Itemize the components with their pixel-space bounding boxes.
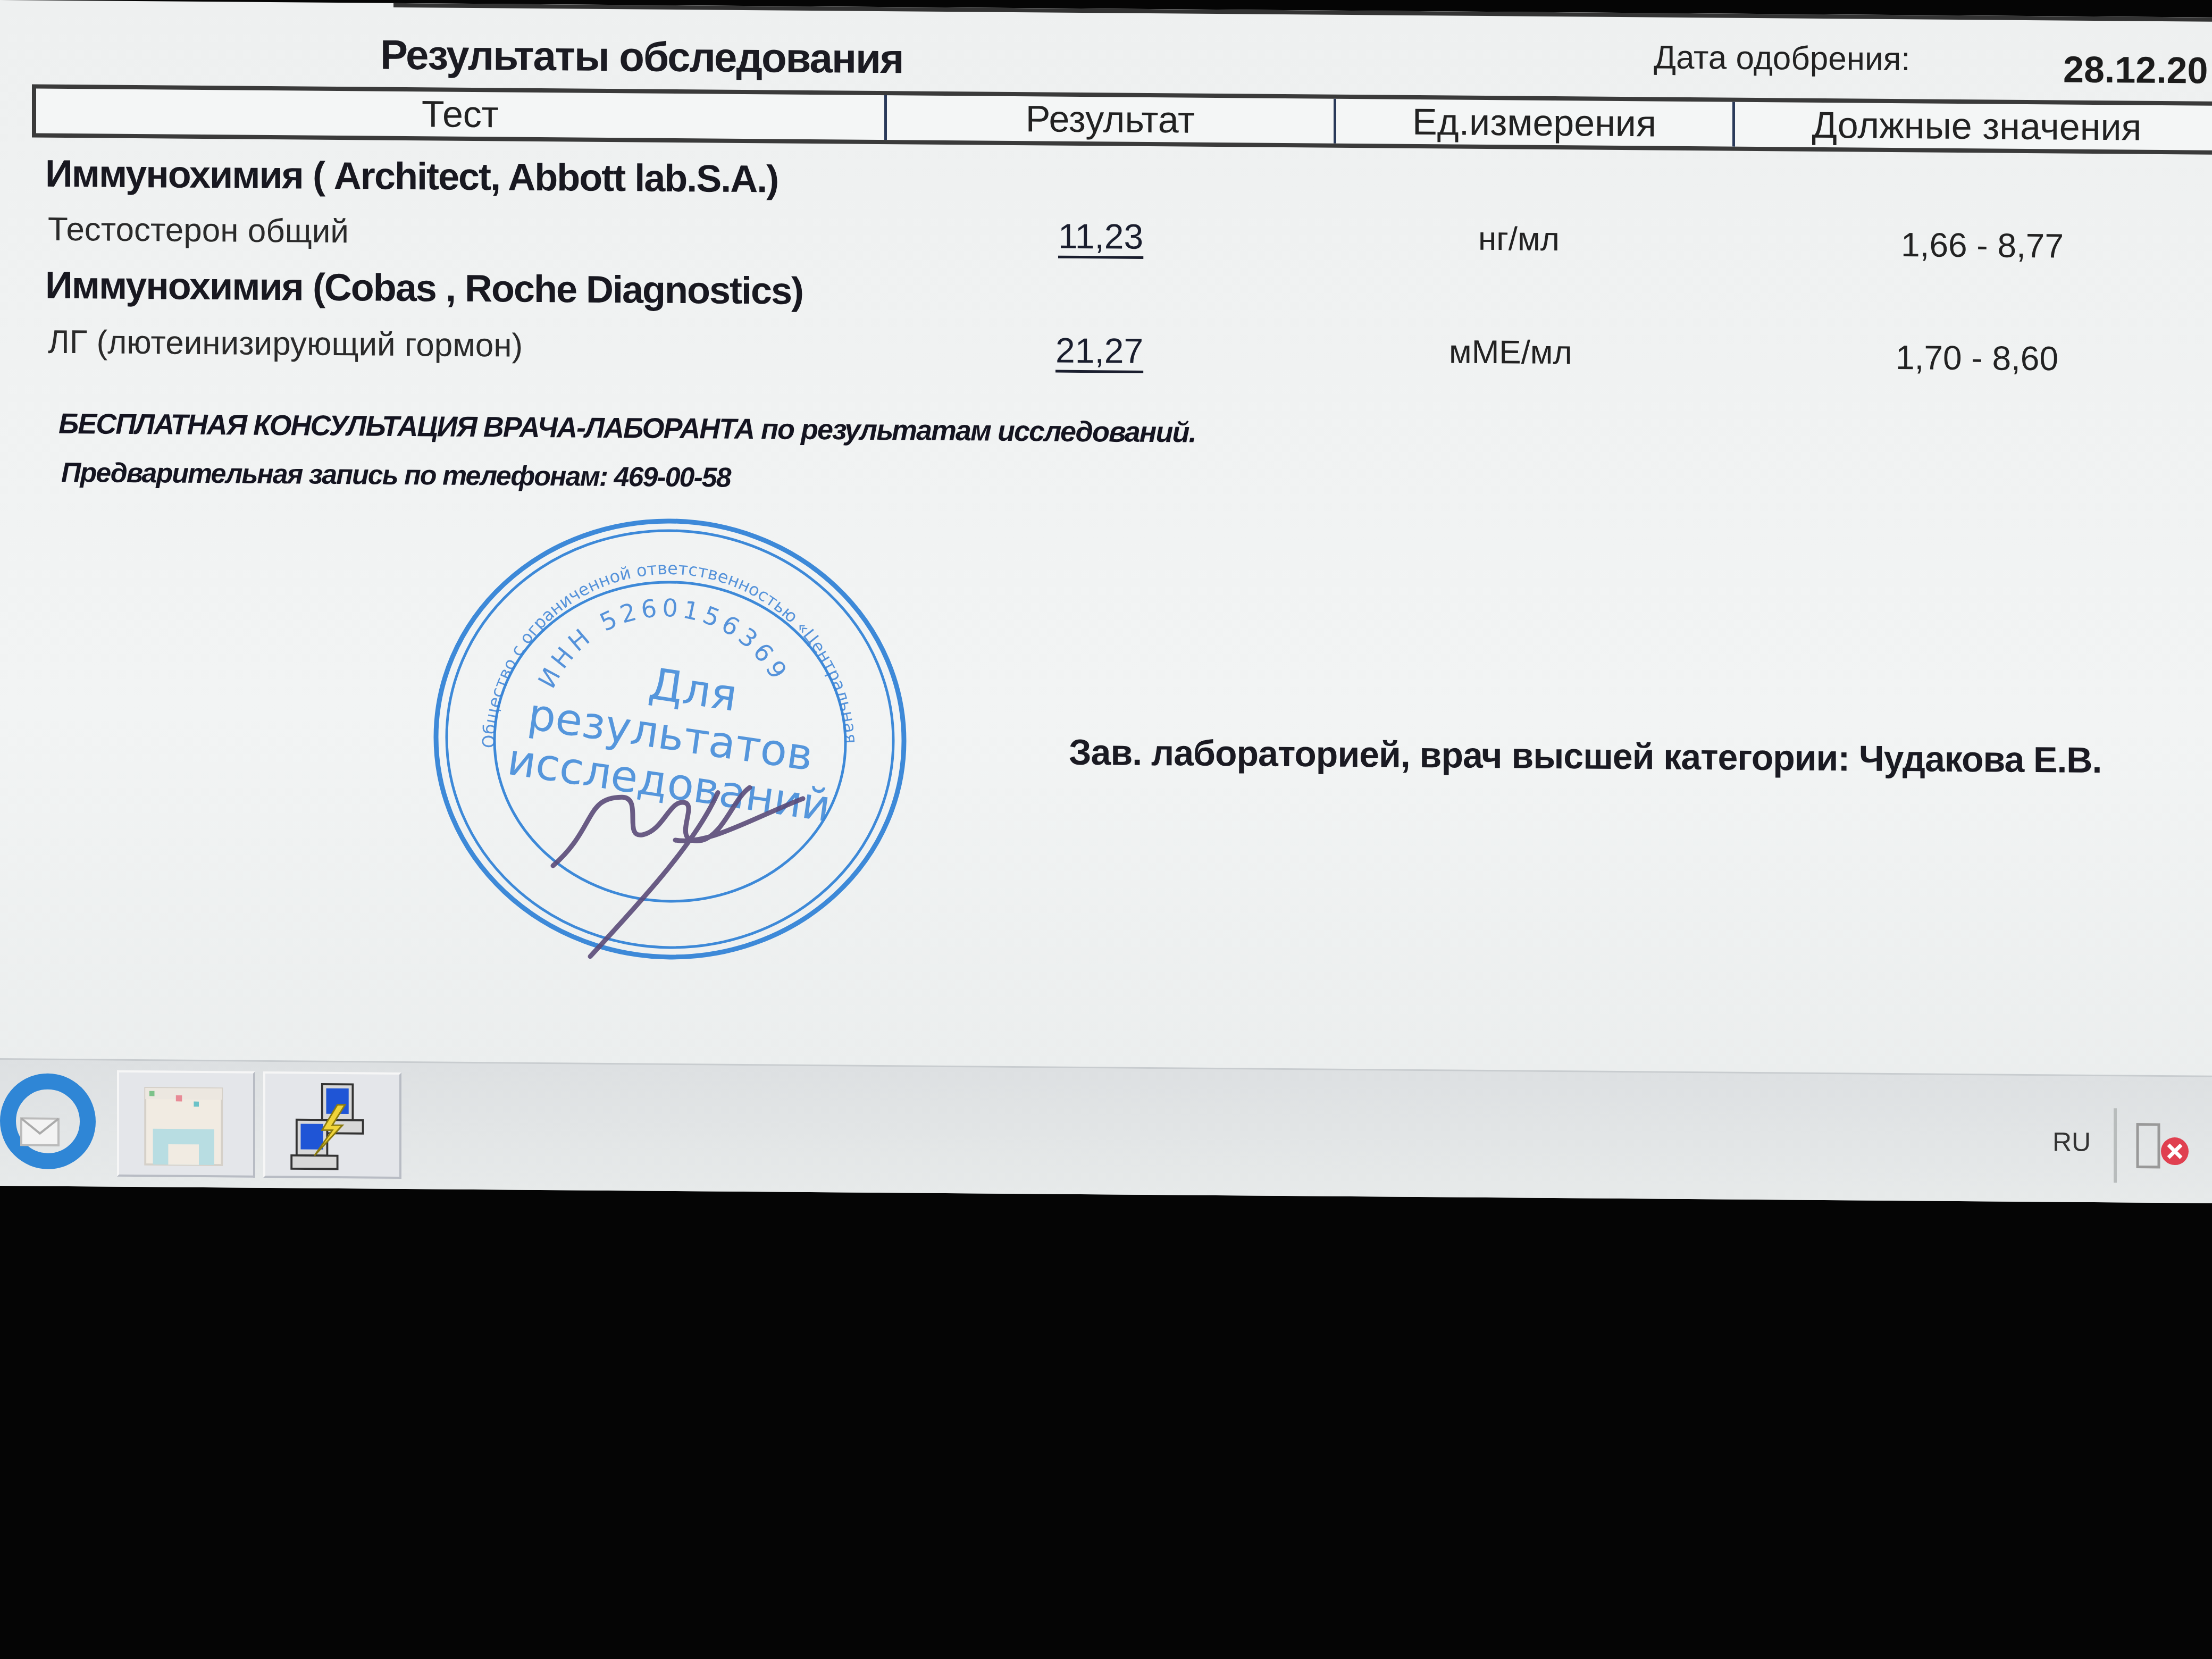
- table-row-reference: 1,66 - 8,77: [1901, 225, 2064, 265]
- appointment-phone-notice: Предварительная запись по телефонам: 469…: [61, 457, 731, 494]
- safely-remove-hardware-icon[interactable]: [2127, 1113, 2201, 1178]
- page-title: Результаты обследования: [380, 31, 903, 83]
- free-consultation-notice: БЕСПЛАТНАЯ КОНСУЛЬТАЦИЯ ВРАЧА-ЛАБОРАНТА …: [58, 407, 1195, 449]
- approval-date-value: 28.12.20: [2063, 48, 2208, 91]
- column-header-test: Тест: [36, 89, 887, 140]
- table-row-result-link[interactable]: 11,23: [1058, 216, 1143, 257]
- approval-date-label: Дата одобрения:: [1654, 38, 1910, 78]
- table-row-unit: нг/мл: [1478, 220, 1560, 258]
- window-app-icon: [119, 1073, 253, 1176]
- column-header-unit: Ед.измерения: [1336, 99, 1735, 147]
- thunderbird-icon[interactable]: [0, 1070, 101, 1172]
- language-indicator[interactable]: RU: [2052, 1126, 2091, 1158]
- table-row-test-name: ЛГ (лютеинизирующий гормон): [48, 323, 523, 365]
- tray-separator: [2114, 1108, 2117, 1183]
- section-heading-architect: Иммунохимия ( Architect, Abbott lab.S.A.…: [45, 152, 778, 202]
- table-row-reference: 1,70 - 8,60: [1896, 338, 2058, 378]
- taskbar-app-button-1[interactable]: [117, 1070, 255, 1178]
- table-row-unit: мМЕ/мл: [1449, 333, 1572, 372]
- column-header-reference: Должные значения: [1735, 102, 2212, 150]
- head-of-laboratory-signature-line: Зав. лабораторией, врач высшей категории…: [1069, 732, 2101, 781]
- lab-stamp-seal: Общество с ограниченной ответственностью…: [420, 498, 925, 980]
- lab-results-window: Результаты обследования Дата одобрения: …: [0, 0, 2212, 1203]
- table-row-test-name: Тестостерон общий: [48, 211, 349, 250]
- results-table-header: Тест Результат Ед.измерения Должные знач…: [32, 84, 2212, 154]
- taskbar-app-button-2[interactable]: [263, 1071, 401, 1179]
- column-header-result: Результат: [887, 95, 1336, 144]
- taskbar: RU: [0, 1058, 2212, 1203]
- window-top-edge: [393, 3, 2212, 22]
- section-heading-cobas: Иммунохимия (Cobas , Roche Diagnostics): [45, 264, 803, 313]
- network-connection-icon: [265, 1074, 399, 1177]
- table-row-result-link[interactable]: 21,27: [1055, 330, 1143, 371]
